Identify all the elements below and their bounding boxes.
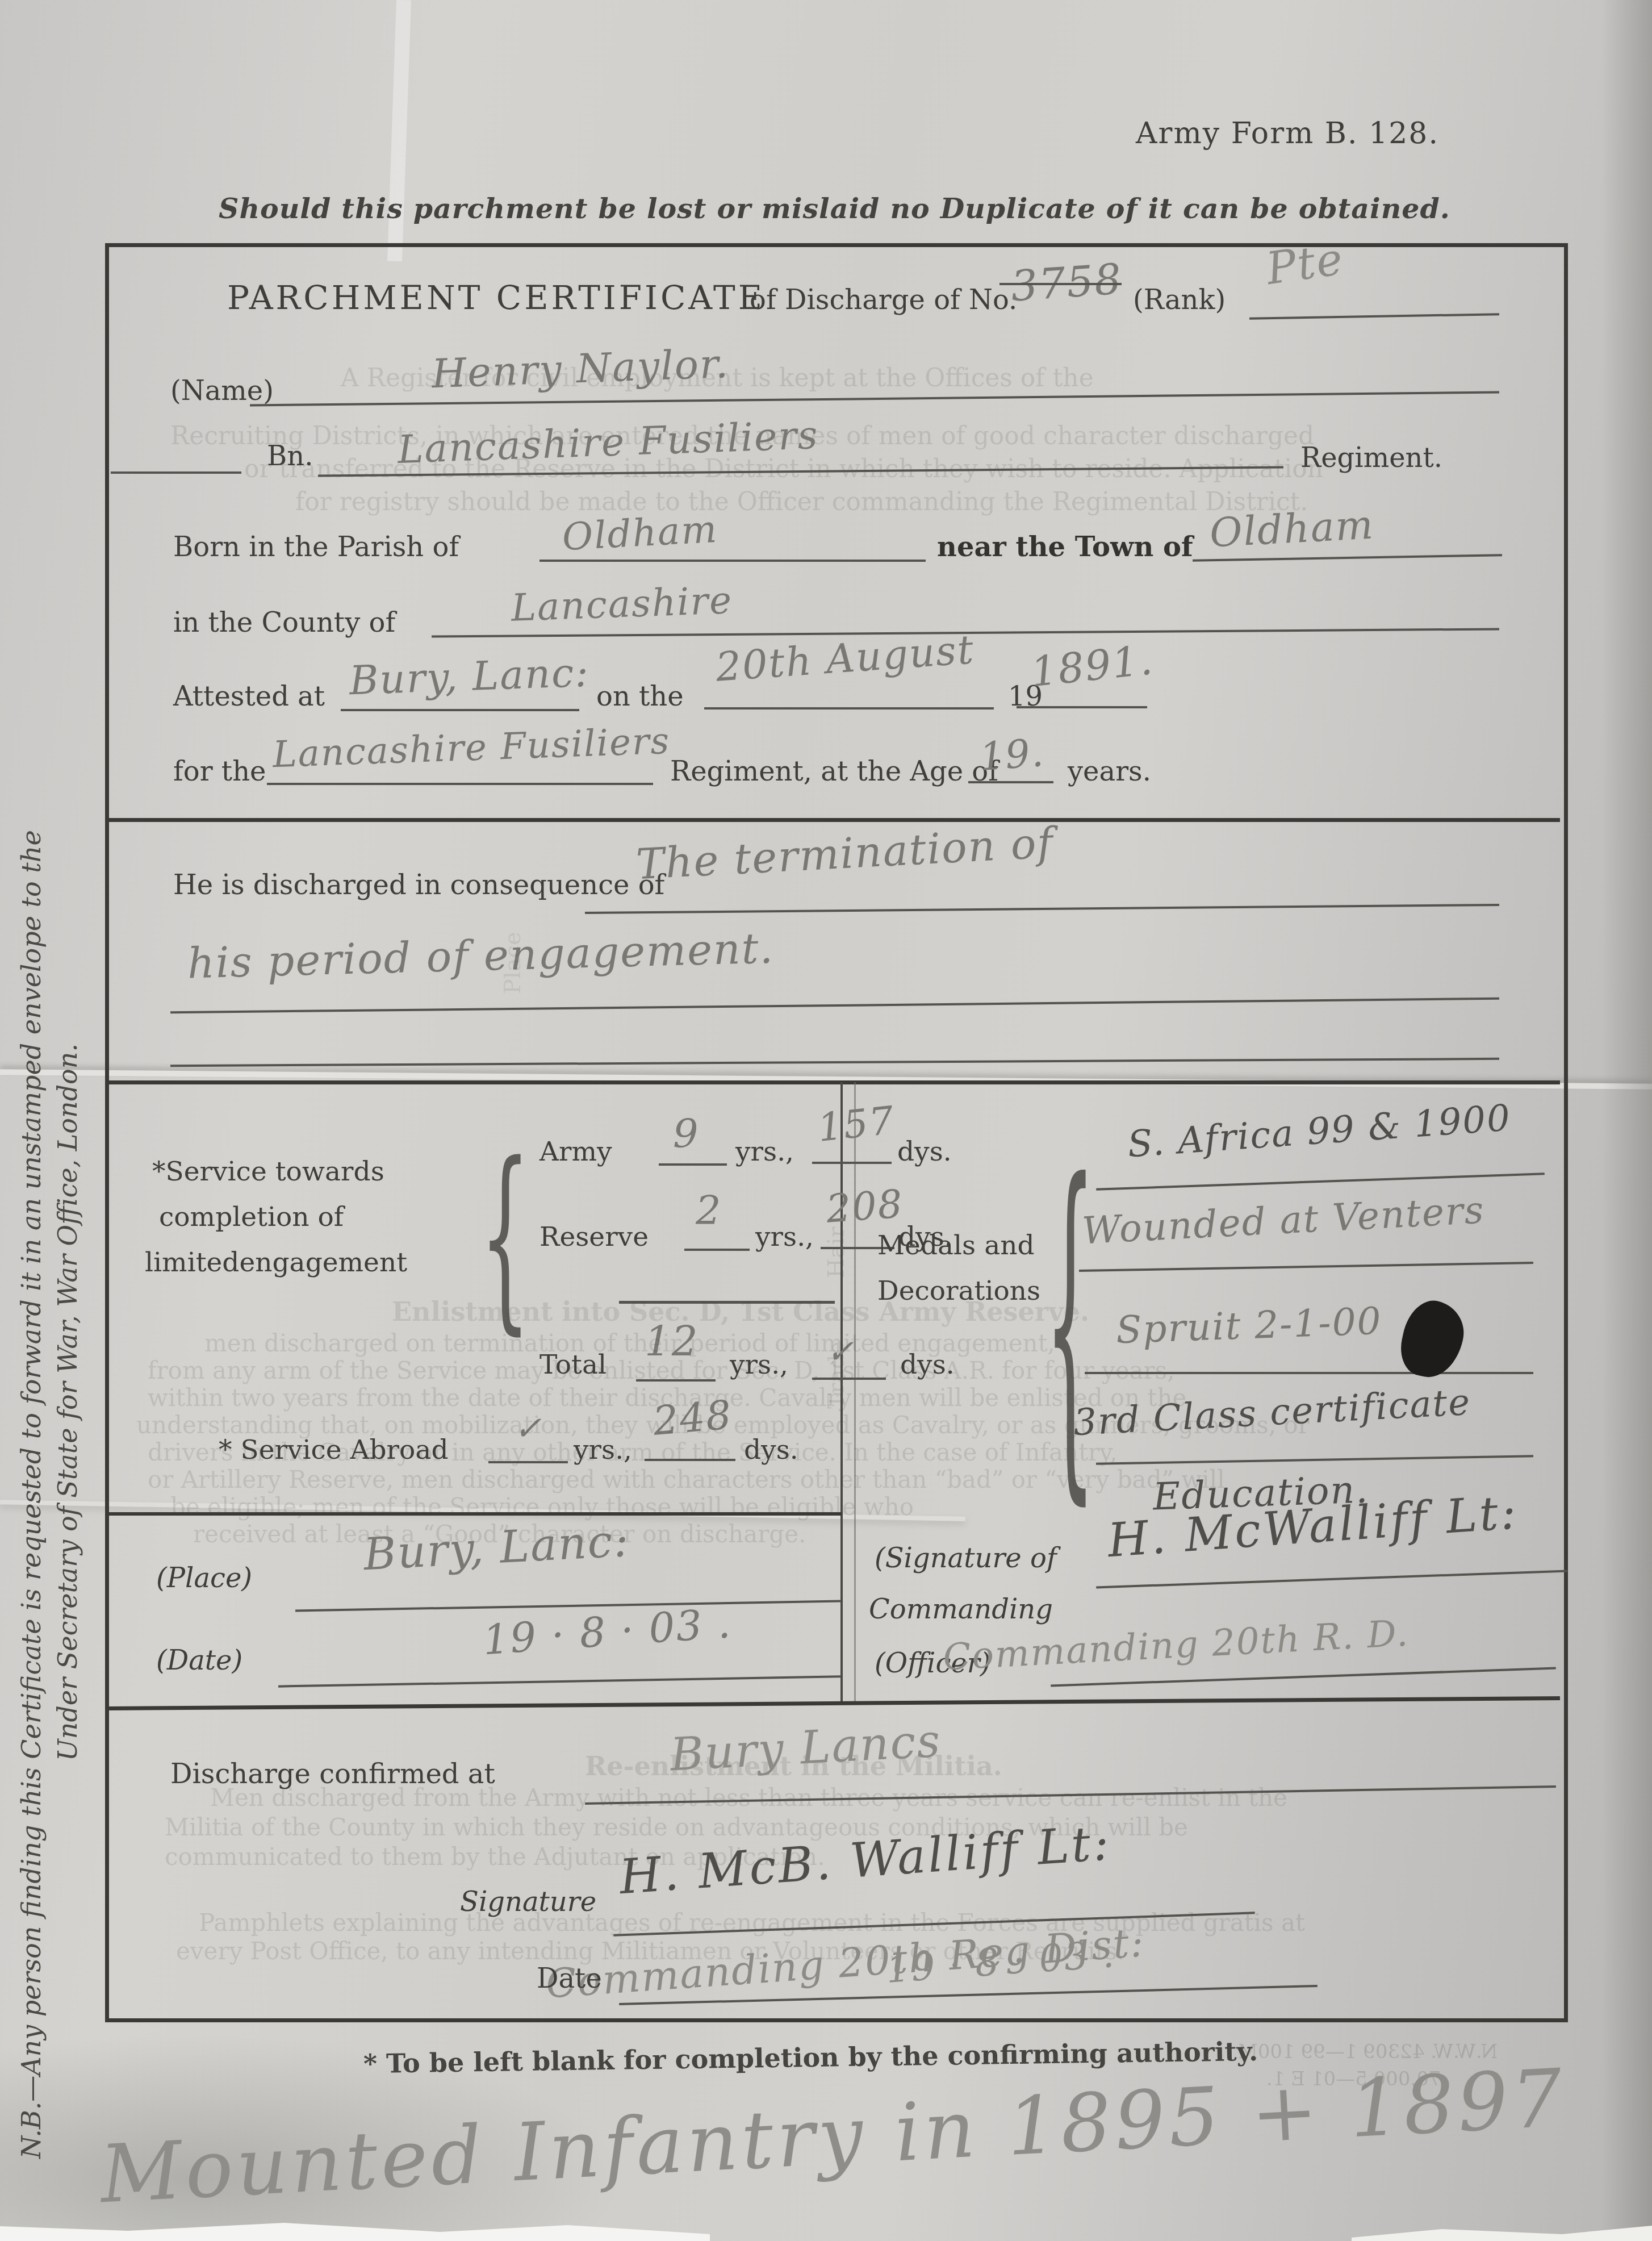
margin-note-line1: N.B.—Any person finding this Certificate… [16,216,47,2159]
date-label: (Date) [156,1645,242,1676]
rule [1017,706,1147,708]
torn-edge [0,2218,710,2241]
ghost-text: be eligible; men of the Service only tho… [170,1493,914,1521]
parchment-certificate-scan: Army Form B. 128. Should this parchment … [0,0,1652,2241]
years-label: years. [1068,756,1151,787]
army-years-handwritten: 9 [673,1111,700,1157]
margin-note-line2: Under Secretary of State for War, War Of… [52,284,83,1761]
reserve-days-handwritten: 208 [825,1182,905,1232]
section-divider [109,818,1560,822]
on-the-label: on the [596,681,684,712]
ghost-text: for registry should be made to the Offic… [295,487,1308,516]
army-days-handwritten: 157 [815,1098,897,1151]
rule [812,1162,892,1164]
attested-place-handwritten: Bury, Lanc: [349,649,590,704]
army-label: Army [539,1136,612,1167]
fold-shadow [1601,0,1652,2241]
regiment-label: Regiment. [1300,442,1442,474]
rule [659,1163,727,1166]
title-mid: of Discharge of No. [750,284,1017,316]
rule [111,471,241,474]
name-label: (Name) [170,375,274,407]
medals-brace: { [1045,1111,1095,1537]
section-divider [109,1080,1560,1084]
rule [1085,1372,1533,1374]
service-label-line2: completion of [159,1201,344,1233]
county-label: in the County of [173,607,395,639]
reserve-years-handwritten: 2 [696,1187,722,1234]
medal-entry-handwritten: Spruit 2-1-00 [1115,1299,1383,1352]
rule [539,560,926,562]
rank-label: (Rank) [1133,284,1226,316]
signature-label: Signature [460,1886,596,1918]
service-label-line1: *Service towards [152,1156,384,1187]
battalion-label: Bn. [267,440,313,472]
reserve-label: Reserve [539,1221,649,1253]
form-number: Army Form B. 128. [1136,116,1439,151]
regiment-age-label: Regiment, at the Age of [670,756,998,787]
town-handwritten: Oldham [1208,501,1375,556]
service-label-line3: limitedengagement [145,1247,407,1278]
confirmation-date-label: Date [537,1963,602,1994]
rule [999,283,1122,285]
footnote: * To be left blank for completion by the… [363,2036,1258,2079]
ghost-text: Place [500,932,526,994]
parish-handwritten: Oldham [561,507,719,559]
place-label: (Place) [156,1562,252,1594]
medals-label-line1: Medals and [877,1230,1035,1261]
torn-edge [1352,2224,1652,2241]
rule [704,707,994,710]
for-the-label: for the [173,756,266,787]
warning-line: Should this parchment be lost or mislaid… [219,192,1450,225]
county-handwritten: Lancashire [511,578,734,630]
ghost-text: drivers in the Cavalry or in any other a… [148,1438,1118,1466]
ghost-text: from any arm of the Service may be enlis… [148,1357,1175,1384]
army-dys-label: dys. [897,1136,952,1167]
medals-label-line2: Decorations [877,1275,1040,1307]
reserve-yrs-label: yrs., [755,1221,814,1253]
section-divider [109,1512,842,1516]
ghost-text: men discharged on termination of their p… [204,1329,1055,1357]
attested-label: Attested at [173,681,325,712]
near-town-label: near the Town of [937,531,1193,563]
born-parish-label: Born in the Parish of [173,531,459,563]
co-signature-label-line2: Commanding [869,1593,1053,1625]
rank-handwritten: Pte [1263,233,1346,295]
pencil-note-handwritten: Mounted Infantry in 1895 + 1897 [98,2052,1568,2222]
rule [341,709,579,711]
rule [684,1249,750,1251]
army-yrs-label: yrs., [735,1136,794,1167]
age-handwritten: 19. [978,731,1045,780]
ghost-text: within two years from the date of their … [148,1384,1186,1412]
discharge-reason-label: He is discharged in consequence of [173,869,664,901]
ghost-text: Hair [823,1226,850,1278]
rule [968,781,1053,783]
discharge-confirmed-label: Discharge confirmed at [170,1758,495,1790]
title-prefix: PARCHMENT CERTIFICATE [227,278,765,317]
co-signature-label-line1: (Signature of [875,1542,1057,1574]
rule [267,783,653,785]
